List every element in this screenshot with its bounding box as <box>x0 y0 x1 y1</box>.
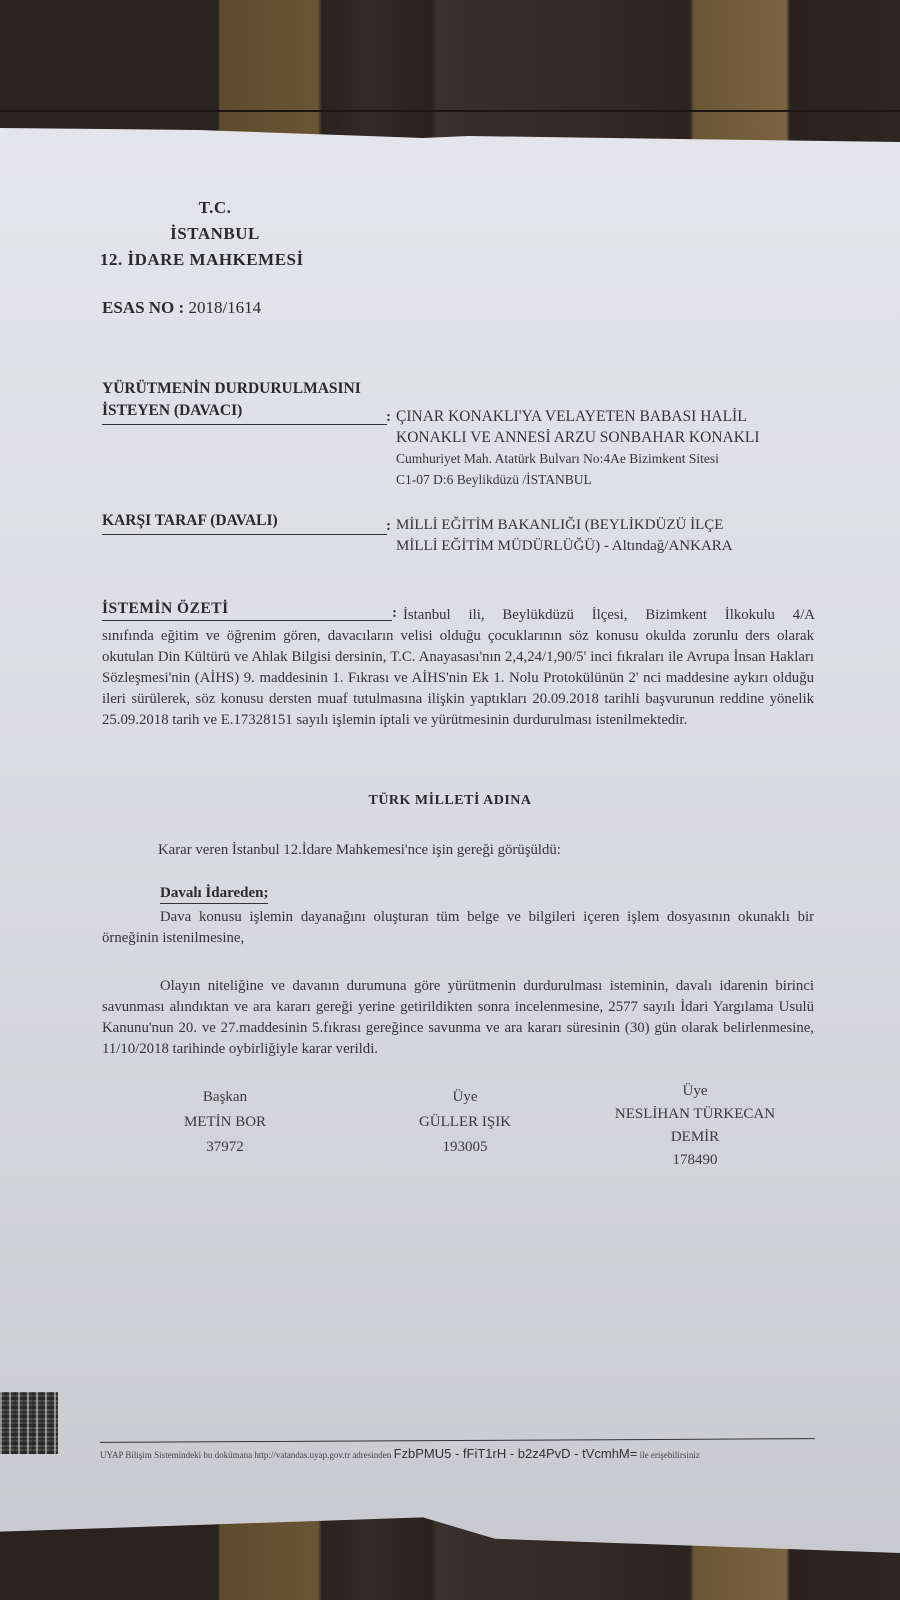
signatory-id: 178490 <box>590 1149 800 1172</box>
signatory-role: Üye <box>590 1080 800 1103</box>
signatory-president: Başkan METİN BOR 37972 <box>150 1085 300 1160</box>
case-number: ESAS NO : 2018/1614 <box>102 298 261 318</box>
defendant-colon: : <box>386 516 391 537</box>
summary-colon: : <box>392 603 397 624</box>
signatory-member-1: Üye GÜLLER IŞIK 193005 <box>390 1085 540 1160</box>
signatory-name-continued: DEMİR <box>590 1126 800 1149</box>
case-number-label: ESAS NO : <box>102 298 184 317</box>
decision-paragraph-2: Olayın niteliğine ve davanın durumuna gö… <box>102 976 814 1060</box>
header-court: 12. İDARE MAHKEMESİ <box>100 250 345 270</box>
signatory-id: 37972 <box>150 1135 300 1160</box>
signatory-role: Başkan <box>150 1085 300 1110</box>
header-city: İSTANBUL <box>145 224 285 244</box>
signatory-member-2: Üye NESLİHAN TÜRKECAN DEMİR 178490 <box>590 1080 800 1172</box>
plaintiff-label-line2: İSTEYEN (DAVACI) <box>102 402 387 425</box>
decision-paragraph-1: Dava konusu işlemin dayanağını oluşturan… <box>102 907 814 949</box>
plaintiff-address-line1: Cumhuriyet Mah. Atatürk Bulvarı No:4Ae B… <box>396 448 816 469</box>
plaintiff-name-line2: KONAKLI VE ANNESİ ARZU SONBAHAR KONAKLI <box>396 427 816 448</box>
signatory-role: Üye <box>390 1085 540 1110</box>
plaintiff-info: ÇINAR KONAKLI'YA VELAYETEN BABASI HALİL … <box>396 406 816 490</box>
decision-subheading: Davalı İdareden; <box>160 885 268 904</box>
plaintiff-colon: : <box>386 407 391 428</box>
defendant-line2: MİLLİ EĞİTİM MÜDÜRLÜĞÜ) - Altındağ/ANKAR… <box>396 536 816 557</box>
case-number-value: 2018/1614 <box>188 298 261 317</box>
footer-prefix: UYAP Bilişim Sistemindeki bu dokümana ht… <box>100 1450 391 1460</box>
defendant-label: KARŞI TARAF (DAVALI) <box>102 512 387 535</box>
signatory-name: NESLİHAN TÜRKECAN <box>590 1103 800 1126</box>
plaintiff-label-line1: YÜRÜTMENİN DURDURULMASINI <box>102 380 361 398</box>
summary-first-line: İstanbul ili, Beylükdüzü İlçesi, Bizimke… <box>403 605 815 626</box>
plaintiff-address-line2: C1-07 D:6 Beylikdüzü /İSTANBUL <box>396 469 816 490</box>
qr-code-icon <box>0 1392 58 1454</box>
signatory-name: GÜLLER IŞIK <box>390 1110 540 1135</box>
summary-text: sınıfında eğitim ve öğrenim gören, davac… <box>102 626 814 731</box>
decision-title: TÜRK MİLLETİ ADINA <box>0 793 900 809</box>
plaintiff-name-line1: ÇINAR KONAKLI'YA VELAYETEN BABASI HALİL <box>396 406 816 427</box>
defendant-line1: MİLLİ EĞİTİM BAKANLIĞI (BEYLİKDÜZÜ İLÇE <box>396 515 816 536</box>
defendant-info: MİLLİ EĞİTİM BAKANLIĞI (BEYLİKDÜZÜ İLÇE … <box>396 515 816 557</box>
signatory-id: 193005 <box>390 1135 540 1160</box>
signatory-name: METİN BOR <box>150 1110 300 1135</box>
footer-suffix: ile erişebilirsiniz <box>640 1450 700 1460</box>
decision-intro: Karar veren İstanbul 12.İdare Mahkemesi'… <box>158 840 808 861</box>
footer-verification: UYAP Bilişim Sistemindeki bu dokümana ht… <box>100 1446 700 1461</box>
summary-label: İSTEMİN ÖZETİ <box>102 600 392 621</box>
footer-verification-code: FzbPMU5 - fFiT1rH - b2z4PvD - tVcmhM= <box>394 1446 638 1461</box>
header-tc: T.C. <box>150 198 280 218</box>
